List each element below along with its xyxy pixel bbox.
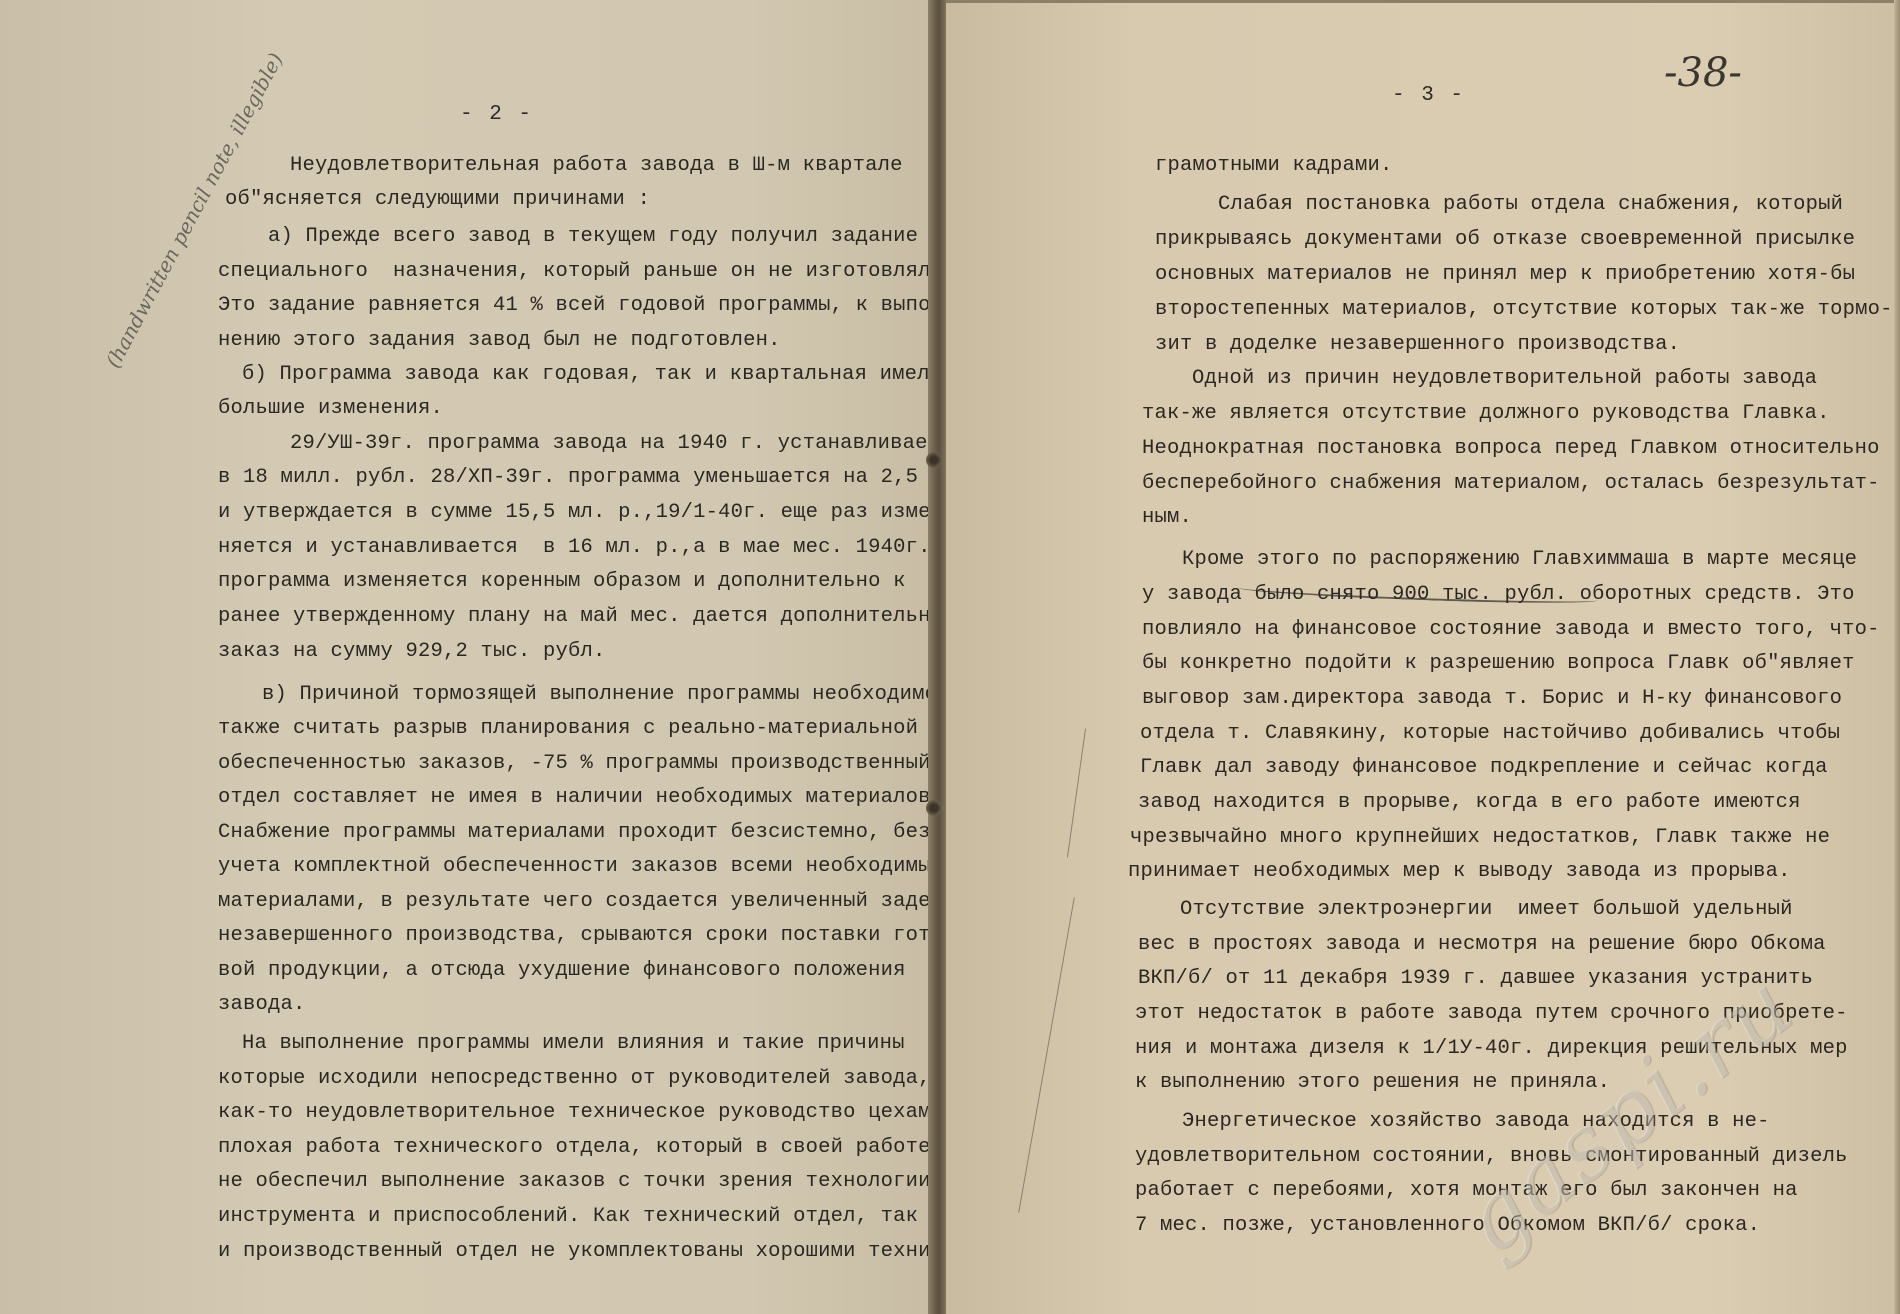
text-line: основных материалов не принял мер к прио… <box>1155 263 1855 287</box>
text-line: плохая работа технического отдела, котор… <box>218 1136 930 1160</box>
text-line: так-же является отсутствие должного руко… <box>1142 402 1830 426</box>
text-line: вес в простоях завода и несмотря на реше… <box>1138 933 1826 957</box>
folio-number-handwritten: -38- <box>1664 50 1742 96</box>
book-gutter <box>928 0 948 1314</box>
text-line: грамотными кадрами. <box>1155 154 1393 178</box>
pencil-margin-mark <box>1067 729 1086 858</box>
text-line: которые исходили непосредственно от руко… <box>218 1067 930 1091</box>
text-line: Снабжение программы материалами проходит… <box>218 821 930 845</box>
text-line: зит в доделке незавершенного производств… <box>1155 333 1680 357</box>
text-line: программа изменяется коренным образом и … <box>218 570 906 594</box>
text-line: учета комплектной обеспеченности заказов… <box>218 855 930 879</box>
right-page: - 3 - -38- грамотными кадрами.Слабая пос… <box>946 0 1900 1314</box>
text-line: Главк дал заводу финансовое подкрепление… <box>1140 756 1828 780</box>
text-line: в) Причиной тормозящей выполнение програ… <box>262 683 930 707</box>
text-line: специального назначения, который раньше … <box>218 260 930 284</box>
left-page: - 2 - (handwritten pencil note, illegibl… <box>0 0 930 1314</box>
pencil-margin-mark <box>1018 897 1075 1212</box>
text-line: заказ на сумму 929,2 тыс. рубл. <box>218 640 606 664</box>
text-line: большие изменения. <box>218 397 443 421</box>
text-line: к выполнению этого решения не приняла. <box>1135 1071 1610 1095</box>
text-line: б) Программа завода как годовая, так и к… <box>242 363 930 387</box>
text-line: отдел составляет не имея в наличии необх… <box>218 786 930 810</box>
page-top-edge <box>946 0 1900 3</box>
text-line: и производственный отдел не укомплектова… <box>218 1240 930 1264</box>
text-line: 29/УШ-39г. программа завода на 1940 г. у… <box>290 432 930 456</box>
text-line: незавершенного производства, срываются с… <box>218 924 930 948</box>
text-line: повлияло на финансовое состояние завода … <box>1142 618 1880 642</box>
text-line: чрезвычайно много крупнейших недостатков… <box>1130 826 1830 850</box>
text-line: Одной из причин неудовлетворительной раб… <box>1192 367 1817 391</box>
text-line: и утверждается в сумме 15,5 мл. р.,19/1-… <box>218 501 930 525</box>
text-line: Неудовлетворительная работа завода в Ш-м… <box>290 154 903 178</box>
text-line: отдела т. Славякину, которые настойчиво … <box>1140 722 1840 746</box>
text-line: не обеспечил выполнение заказов с точки … <box>218 1170 930 1194</box>
text-line: также считать разрыв планирования с реал… <box>218 717 918 741</box>
text-line: завода. <box>218 993 306 1017</box>
text-line: обеспеченностью заказов, -75 % программы… <box>218 752 930 776</box>
text-line: а) Прежде всего завод в текущем году пол… <box>268 225 918 249</box>
text-line: Это задание равняется 41 % всей годовой … <box>218 294 930 318</box>
binding-hole <box>926 452 942 468</box>
text-line: ранее утвержденному плану на май мес. да… <box>218 605 930 629</box>
text-line: инструмента и приспособлений. Как технич… <box>218 1205 918 1229</box>
text-line: ным. <box>1142 506 1192 530</box>
text-line: второстепенных материалов, отсутствие ко… <box>1155 298 1893 322</box>
page-right-edge <box>1894 0 1900 1314</box>
text-line: в 18 милл. рубл. 28/ХП-39г. программа ум… <box>218 466 930 490</box>
text-line: няется и устанавливается в 16 мл. р.,а в… <box>218 536 930 560</box>
binding-hole <box>926 800 942 816</box>
text-line: Слабая постановка работы отдела снабжени… <box>1218 193 1843 217</box>
text-line: нению этого задания завод был не подгото… <box>218 329 781 353</box>
page-number-left: - 2 - <box>460 103 533 126</box>
text-line: Отсутствие электроэнергии имеет большой … <box>1180 898 1793 922</box>
text-line: принимает необходимых мер к выводу завод… <box>1128 860 1791 884</box>
text-line: Кроме этого по распоряжению Главхиммаша … <box>1182 548 1857 572</box>
page-number-right: - 3 - <box>1392 84 1465 107</box>
text-line: у завода было снято 900 тыс. рубл. оборо… <box>1142 583 1855 607</box>
text-line: бесперебойного снабжения материалом, ост… <box>1142 472 1880 496</box>
text-line: На выполнение программы имели влияния и … <box>242 1032 905 1056</box>
text-line: как-то неудовлетворительное техническое … <box>218 1101 930 1125</box>
text-line: материалами, в результате чего создается… <box>218 890 930 914</box>
text-line: об"ясняется следующими причинами : <box>225 188 650 212</box>
text-line: завод находится в прорыве, когда в его р… <box>1138 791 1801 815</box>
text-line: Неоднократная постановка вопроса перед Г… <box>1142 437 1880 461</box>
text-line: выговор зам.директора завода т. Борис и … <box>1142 687 1842 711</box>
text-line: вой продукции, а отсюда ухудшение финанс… <box>218 959 906 983</box>
text-line: бы конкретно подойти к разрешению вопрос… <box>1142 652 1855 676</box>
text-line: 7 мес. позже, установленного Обкомом ВКП… <box>1135 1214 1760 1238</box>
text-line: прикрываясь документами об отказе своевр… <box>1155 228 1855 252</box>
